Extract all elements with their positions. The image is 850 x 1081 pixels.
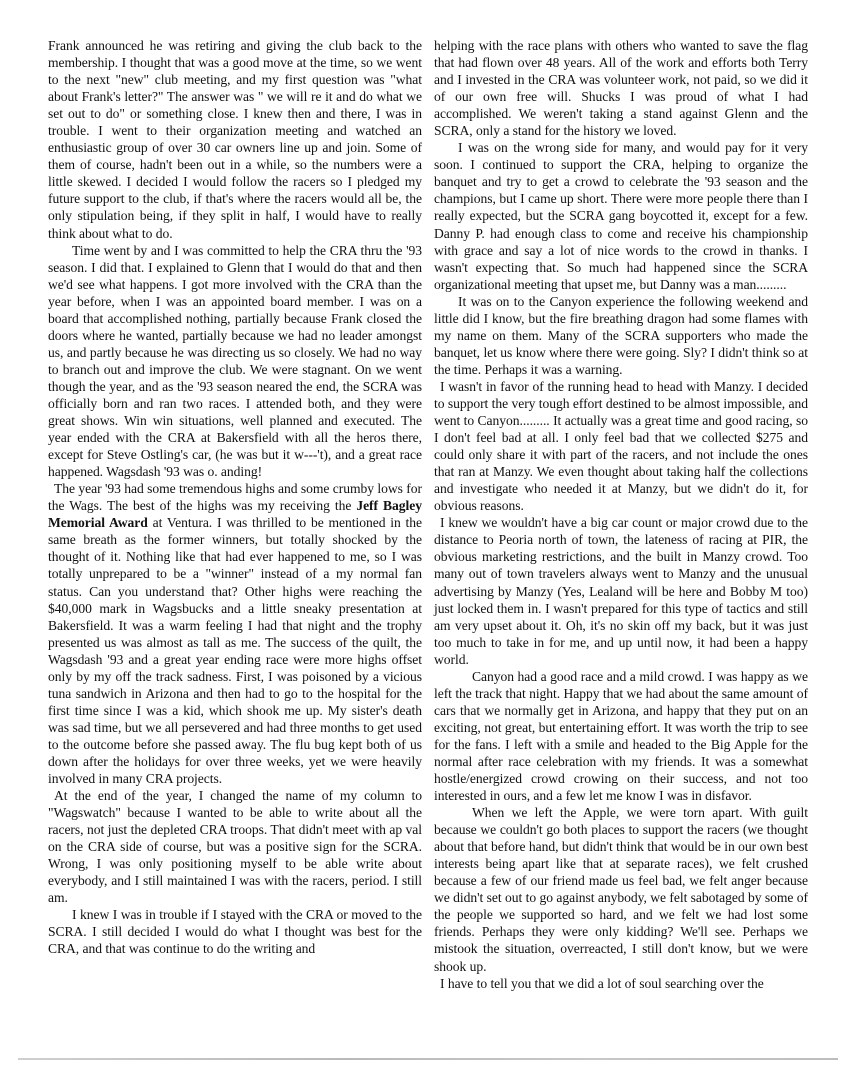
- paragraph: I was on the wrong side for many, and wo…: [434, 139, 808, 292]
- paragraph: The year '93 had some tremendous highs a…: [48, 480, 422, 787]
- page-bottom-rule: [18, 1058, 838, 1060]
- paragraph: I have to tell you that we did a lot of …: [434, 975, 808, 992]
- paragraph: I wasn't in favor of the running head to…: [434, 378, 808, 514]
- paragraph: I knew we wouldn't have a big car count …: [434, 514, 808, 667]
- paragraph: Frank announced he was retiring and givi…: [48, 37, 422, 242]
- scanned-newsletter-page: Frank announced he was retiring and givi…: [0, 0, 850, 1081]
- paragraph: Canyon had a good race and a mild crowd.…: [434, 668, 808, 804]
- right-text-column: helping with the race plans with others …: [434, 37, 808, 992]
- paragraph: It was on to the Canyon experience the f…: [434, 293, 808, 378]
- paragraph: Time went by and I was committed to help…: [48, 242, 422, 481]
- paragraph: At the end of the year, I changed the na…: [48, 787, 422, 906]
- left-text-column: Frank announced he was retiring and givi…: [48, 37, 422, 958]
- paragraph: helping with the race plans with others …: [434, 37, 808, 139]
- paragraph-text: at Ventura. I was thrilled to be mention…: [48, 515, 422, 786]
- paragraph: I knew I was in trouble if I stayed with…: [48, 906, 422, 957]
- paragraph: When we left the Apple, we were torn apa…: [434, 804, 808, 974]
